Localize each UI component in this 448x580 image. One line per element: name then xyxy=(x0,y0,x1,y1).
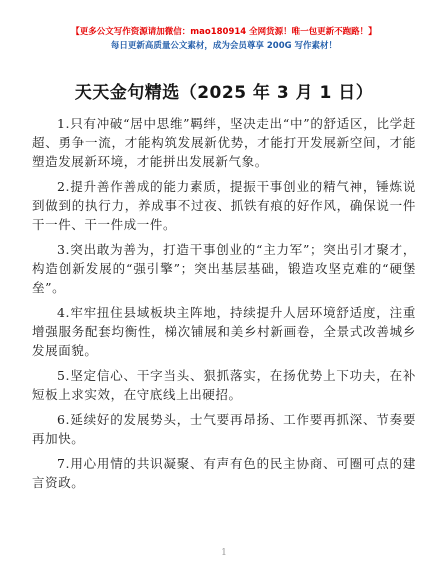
ad-line-blue: 每日更新高质量公文素材，成为会员尊享 200G 写作素材！ xyxy=(0,41,448,52)
body-paragraph: 3.突出敢为善为，打造干事创业的“主力军”；突出引才聚才，构造创新发展的“强引擎… xyxy=(32,240,416,297)
body-paragraph: 1.只有冲破“居中思维”羁绊，坚决走出“中”的舒适区，比学赶超、勇争一流，才能构… xyxy=(32,114,416,171)
body-paragraph: 2.提升善作善成的能力素质，提振干事创业的精气神，锤炼说到做到的执行力，养成事不… xyxy=(32,177,416,234)
body-paragraph: 4.牢牢扭住县域板块主阵地，持续提升人居环境舒适度，注重增强服务配套均衡性，梯次… xyxy=(32,303,416,360)
document-body: 1.只有冲破“居中思维”羁绊，坚决走出“中”的舒适区，比学赶超、勇争一流，才能构… xyxy=(32,114,416,492)
body-paragraph: 5.坚定信心、干字当头、狠抓落实，在扬优势上下功夫，在补短板上求实效，在守底线上… xyxy=(32,366,416,404)
body-paragraph: 6.延续好的发展势头，士气要再昂扬、工作要再抓深、节奏要再加快。 xyxy=(32,410,416,448)
document-page: 【更多公文写作资源请加微信：mao180914 全网货源！唯一包更新不跑路！】 … xyxy=(0,0,448,580)
page-number: 1 xyxy=(0,548,448,558)
ad-line-red: 【更多公文写作资源请加微信：mao180914 全网货源！唯一包更新不跑路！】 xyxy=(0,0,448,38)
body-paragraph: 7.用心用情的共识凝聚、有声有色的民主协商、可圈可点的建言资政。 xyxy=(32,454,416,492)
ad-banner: 【更多公文写作资源请加微信：mao180914 全网货源！唯一包更新不跑路！】 … xyxy=(0,0,448,52)
document-title: 天天金句精选（2025 年 3 月 1 日） xyxy=(0,82,448,104)
